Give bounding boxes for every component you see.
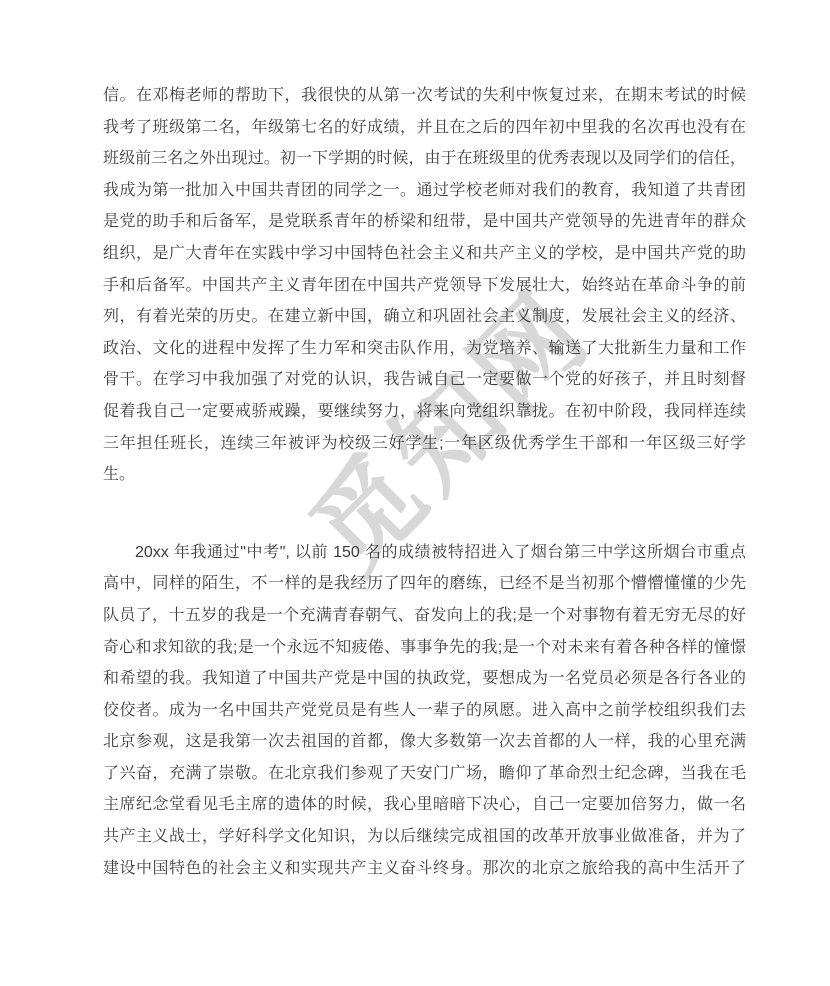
paragraph: 信。在邓梅老师的帮助下，我很快的从第一次考试的失利中恢复过来，在期末考试的时候我… <box>103 80 746 491</box>
text-line: 共产主义战士，学好科学文化知识，为以后继续完成祖国的改革开放事业做准备，并为了 <box>103 821 746 853</box>
text-line: 政治、文化的进程中发挥了生力军和突击队作用，为党培养、输送了大批新生力量和工作 <box>103 333 746 365</box>
document-body: 信。在邓梅老师的帮助下，我很快的从第一次考试的失利中恢复过来，在期末考试的时候我… <box>103 80 746 884</box>
text-line: 手和后备军。中国共产主义青年团在中国共产党领导下发展壮大，始终站在革命斗争的前 <box>103 270 746 302</box>
text-line: 是党的助手和后备军，是党联系青年的桥梁和纽带，是中国共产党领导的先进青年的群众 <box>103 206 746 238</box>
document-page: 觅知网 信。在邓梅老师的帮助下，我很快的从第一次考试的失利中恢复过来，在期末考试… <box>0 0 830 986</box>
text-line: 高中，同样的陌生，不一样的是我经历了四年的磨练，已经不是当初那个懵懵懂懂的少先 <box>103 568 746 600</box>
text-line: 我考了班级第二名，年级第七名的好成绩，并且在之后的四年初中里我的名次再也没有在 <box>103 112 746 144</box>
text-line: 骨干。在学习中我加强了对党的认识，我告诫自己一定要做一个党的好孩子，并且时刻督 <box>103 364 746 396</box>
text-line: 主席纪念堂看见毛主席的遗体的时候，我心里暗暗下决心，自己一定要加倍努力，做一名 <box>103 789 746 821</box>
text-line: 佼佼者。成为一名中国共产党党员是有些人一辈子的夙愿。进入高中之前学校组织我们去 <box>103 695 746 727</box>
text-line: 组织，是广大青年在实践中学习中国特色社会主义和共产主义的学校，是中国共产党的助 <box>103 238 746 270</box>
text-line: 和希望的我。我知道了中国共产党是中国的执政党，要想成为一名党员必须是各行各业的 <box>103 663 746 695</box>
text-line: 信。在邓梅老师的帮助下，我很快的从第一次考试的失利中恢复过来，在期末考试的时候 <box>103 80 746 112</box>
text-line: 生。 <box>103 459 746 491</box>
text-line: 队员了，十五岁的我是一个充满青春朝气、奋发向上的我;是一个对事物有着无穷无尽的好 <box>103 600 746 632</box>
paragraph: 20xx 年我通过"中考", 以前 150 名的成绩被特招进入了烟台第三中学这所… <box>103 537 746 885</box>
text-line: 三年担任班长，连续三年被评为校级三好学生;一年区级优秀学生干部和一年区级三好学 <box>103 428 746 460</box>
text-line: 班级前三名之外出现过。初一下学期的时候，由于在班级里的优秀表现以及同学们的信任， <box>103 143 746 175</box>
text-line: 北京参观，这是我第一次去祖国的首都，像大多数第一次去首都的人一样，我的心里充满 <box>103 726 746 758</box>
text-line: 我成为第一批加入中国共青团的同学之一。通过学校老师对我们的教育，我知道了共青团 <box>103 175 746 207</box>
text-line: 20xx 年我通过"中考", 以前 150 名的成绩被特招进入了烟台第三中学这所… <box>103 537 746 569</box>
text-line: 了兴奋，充满了崇敬。在北京我们参观了天安门广场，瞻仰了革命烈士纪念碑，当我在毛 <box>103 758 746 790</box>
text-line: 建设中国特色的社会主义和实现共产主义奋斗终身。那次的北京之旅给我的高中生活开了 <box>103 853 746 885</box>
text-line: 奇心和求知欲的我;是一个永远不知疲倦、事事争先的我;是一个对未来有着各种各样的憧… <box>103 632 746 664</box>
text-line: 列，有着光荣的历史。在建立新中国，确立和巩固社会主义制度，发展社会主义的经济、 <box>103 301 746 333</box>
text-line: 促着我自己一定要戒骄戒躁，要继续努力，将来向党组织靠拢。在初中阶段，我同样连续 <box>103 396 746 428</box>
